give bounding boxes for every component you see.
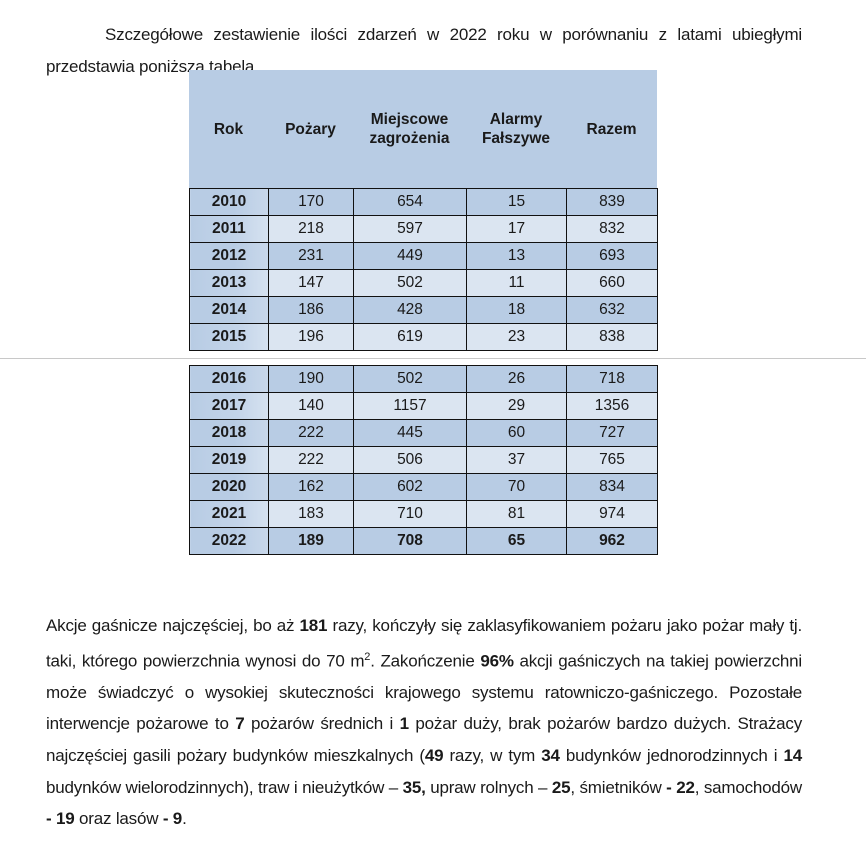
value-cell: 602 [354,474,467,501]
text-run: . [182,809,187,828]
year-cell: 2013 [190,270,269,297]
table-row: 201922250637765 [190,447,658,474]
value-cell: 708 [354,528,467,555]
text-run: budynków jednorodzinnych i [560,746,784,765]
table-row: 202118371081974 [190,501,658,528]
header-rok: Rok [189,120,268,139]
value-cell: 196 [269,324,354,351]
text-run: Akcje gaśnicze najczęściej, bo aż [46,616,300,635]
body-paragraph: Akcje gaśnicze najczęściej, bo aż 181 ra… [46,610,802,835]
text-run: oraz lasów [75,809,163,828]
value-cell: 962 [567,528,658,555]
value-cell: 506 [354,447,467,474]
data-table-part-1: 2010170654158392011218597178322012231449… [189,188,658,351]
value-cell: 11 [467,270,567,297]
bold-figure: - 9 [163,809,182,828]
year-cell: 2020 [190,474,269,501]
value-cell: 832 [567,216,658,243]
value-cell: 502 [354,366,467,393]
text-run: , samochodów [695,778,802,797]
data-table-part-2: 2016190502267182017140115729135620182224… [189,365,658,555]
value-cell: 231 [269,243,354,270]
value-cell: 162 [269,474,354,501]
value-cell: 140 [269,393,354,420]
value-cell: 428 [354,297,467,324]
value-cell: 60 [467,420,567,447]
value-cell: 838 [567,324,658,351]
table-row: 20171401157291356 [190,393,658,420]
value-cell: 147 [269,270,354,297]
value-cell: 26 [467,366,567,393]
value-cell: 18 [467,297,567,324]
bold-figure: - 19 [46,809,75,828]
value-cell: 597 [354,216,467,243]
value-cell: 502 [354,270,467,297]
value-cell: 765 [567,447,658,474]
year-cell: 2021 [190,501,269,528]
text-run: . Zakończenie [370,651,480,670]
year-cell: 2018 [190,420,269,447]
table-header: Rok Pożary Miejscowe zagrożenia Alarmy F… [189,70,657,188]
table-row: 201519661923838 [190,324,658,351]
year-cell: 2017 [190,393,269,420]
year-cell: 2022 [190,528,269,555]
value-cell: 222 [269,420,354,447]
value-cell: 65 [467,528,567,555]
value-cell: 654 [354,189,467,216]
table-row: 201314750211660 [190,270,658,297]
value-cell: 23 [467,324,567,351]
table-row: 201619050226718 [190,366,658,393]
table-row: 201418642818632 [190,297,658,324]
value-cell: 190 [269,366,354,393]
value-cell: 170 [269,189,354,216]
value-cell: 660 [567,270,658,297]
value-cell: 222 [269,447,354,474]
year-cell: 2019 [190,447,269,474]
value-cell: 15 [467,189,567,216]
year-cell: 2016 [190,366,269,393]
year-cell: 2010 [190,189,269,216]
bold-figure: 25 [552,778,571,797]
table-row: 201223144913693 [190,243,658,270]
value-cell: 974 [567,501,658,528]
value-cell: 17 [467,216,567,243]
value-cell: 183 [269,501,354,528]
table-row: 201822244560727 [190,420,658,447]
bold-figure: 34 [541,746,560,765]
table-row: 202218970865962 [190,528,658,555]
value-cell: 81 [467,501,567,528]
text-run: , śmietników [570,778,666,797]
page-break-divider [0,358,866,359]
bold-figure: 96% [480,651,513,670]
bold-figure: 14 [783,746,802,765]
header-pozary: Pożary [268,120,353,139]
table-row: 201121859717832 [190,216,658,243]
text-run: budynków wielorodzinnych), traw i nieuży… [46,778,403,797]
text-run: pożarów średnich i [244,714,399,733]
value-cell: 449 [354,243,467,270]
header-razem: Razem [566,120,657,139]
value-cell: 834 [567,474,658,501]
value-cell: 70 [467,474,567,501]
year-cell: 2011 [190,216,269,243]
value-cell: 619 [354,324,467,351]
bold-figure: 1 [400,714,409,733]
value-cell: 632 [567,297,658,324]
year-cell: 2015 [190,324,269,351]
value-cell: 1157 [354,393,467,420]
value-cell: 218 [269,216,354,243]
value-cell: 29 [467,393,567,420]
value-cell: 189 [269,528,354,555]
bold-figure: - 22 [666,778,695,797]
bold-figure: 181 [300,616,328,635]
value-cell: 37 [467,447,567,474]
value-cell: 13 [467,243,567,270]
year-cell: 2014 [190,297,269,324]
header-alarmy-falszywe: Alarmy Fałszywe [466,110,566,148]
value-cell: 710 [354,501,467,528]
header-miejscowe-zagrozenia: Miejscowe zagrożenia [353,110,466,148]
text-run: razy, w tym [443,746,541,765]
value-cell: 1356 [567,393,658,420]
table-row: 202016260270834 [190,474,658,501]
value-cell: 186 [269,297,354,324]
value-cell: 693 [567,243,658,270]
year-cell: 2012 [190,243,269,270]
bold-figure: 35, [403,778,426,797]
value-cell: 727 [567,420,658,447]
value-cell: 839 [567,189,658,216]
text-run: upraw rolnych – [426,778,552,797]
bold-figure: 49 [425,746,444,765]
value-cell: 445 [354,420,467,447]
table-row: 201017065415839 [190,189,658,216]
value-cell: 718 [567,366,658,393]
